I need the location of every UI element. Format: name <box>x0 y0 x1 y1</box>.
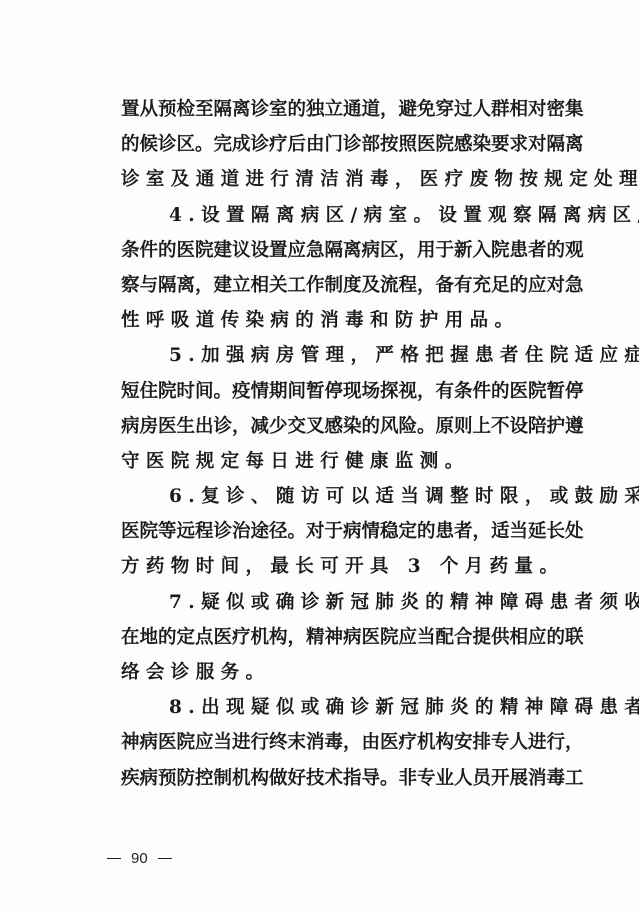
text-line: 条件的医院建议设置应急隔离病区，用于新入院患者的观 <box>121 233 553 268</box>
text-line: 的候诊区。完成诊疗后由门诊部按照医院感染要求对隔离 <box>121 127 553 162</box>
paragraph-start-item-8: 8.出现疑似或确诊新冠肺炎的精神障碍患者所在精 <box>121 690 561 725</box>
paragraph-start-item-7: 7.疑似或确诊新冠肺炎的精神障碍患者须收治在所 <box>121 585 561 620</box>
dash-left <box>107 858 121 860</box>
page-footer: 90 <box>107 850 172 867</box>
document-page: 置从预检至隔离诊室的独立通道，避免穿过人群相对密集 的候诊区。完成诊疗后由门诊部… <box>0 0 639 910</box>
text-line: 络会诊服务。 <box>121 655 561 690</box>
text-line: 在地的定点医疗机构，精神病医院应当配合提供相应的联 <box>121 620 553 655</box>
dash-right <box>158 858 172 860</box>
paragraph-start-item-6: 6.复诊、随访可以适当调整时限，或鼓励采用互联网 <box>121 479 561 514</box>
text-line: 方药物时间，最长可开具 3 个月药量。 <box>121 549 561 584</box>
paragraph-start-item-5: 5.加强病房管理，严格把握患者住院适应症，尽量缩 <box>121 338 561 373</box>
text-line: 神病医院应当进行终末消毒，由医疗机构安排专人进行， <box>121 725 553 760</box>
text-line: 诊室及通道进行清洁消毒，医疗废物按规定处理。 <box>121 162 561 197</box>
text-line: 置从预检至隔离诊室的独立通道，避免穿过人群相对密集 <box>121 92 553 127</box>
text-line: 性呼吸道传染病的消毒和防护用品。 <box>121 303 561 338</box>
text-line: 疾病预防控制机构做好技术指导。非专业人员开展消毒工 <box>121 761 553 796</box>
text-line: 察与隔离，建立相关工作制度及流程，备有充足的应对急 <box>121 268 553 303</box>
paragraph-start-item-4: 4.设置隔离病区/病室。设置观察隔离病区/病室，有 <box>121 198 561 233</box>
text-line: 短住院时间。疫情期间暂停现场探视，有条件的医院暂停 <box>121 374 553 409</box>
text-line: 医院等远程诊治途径。对于病情稳定的患者，适当延长处 <box>121 514 553 549</box>
text-line: 守医院规定每日进行健康监测。 <box>121 444 561 479</box>
text-line: 病房医生出诊，减少交叉感染的风险。原则上不设陪护遵 <box>121 409 553 444</box>
body-text: 置从预检至隔离诊室的独立通道，避免穿过人群相对密集 的候诊区。完成诊疗后由门诊部… <box>121 92 561 796</box>
page-number: 90 <box>131 850 148 867</box>
